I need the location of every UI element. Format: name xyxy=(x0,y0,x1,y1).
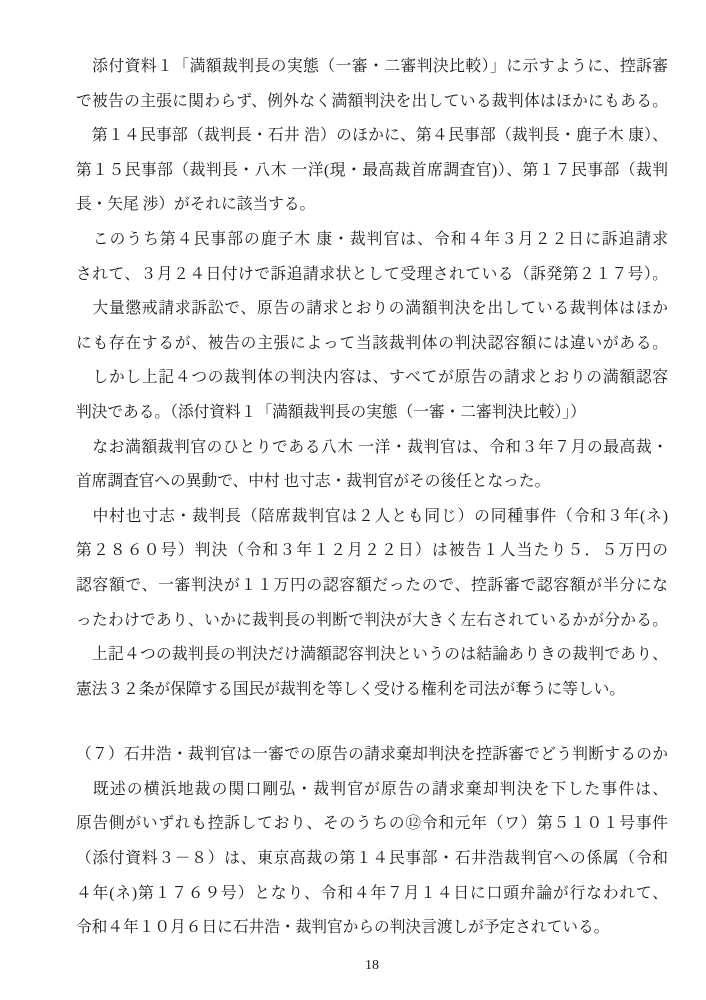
text-line: 第２８６０号）判決（令和３年１２月２２日）は被告１人当たり５．５万円の xyxy=(76,534,668,569)
text-line: 大量懲戒請求訴訟で、原告の請求とおりの満額判決を出している裁判体はほか xyxy=(76,292,668,327)
text-line: 憲法３２条が保障する国民が裁判を等しく受ける権利を司法が奪うに等しい。 xyxy=(76,673,668,708)
text-line: 首席調査官への異動で、中村 也寸志・裁判官がその後任となった。 xyxy=(76,465,668,500)
text-line: 添付資料１「満額裁判長の実態（一審・二審判決比較）」に示すように、控訴審 xyxy=(76,50,668,85)
page-number: 18 xyxy=(76,955,668,977)
text-line: なお満額裁判官のひとりである八木 一洋・裁判官は、令和３年７月の最高裁・ xyxy=(76,431,668,466)
document-page: 添付資料１「満額裁判長の実態（一審・二審判決比較）」に示すように、控訴審 で被告… xyxy=(0,0,706,1000)
text-line: 既述の横浜地裁の関口剛弘・裁判官が原告の請求棄却判決を下した事件は、 xyxy=(76,773,668,808)
text-line: 令和４年１０月６日に石井浩・裁判官からの判決言渡しが予定されている。 xyxy=(76,911,668,946)
text-line: 長・矢尾 渉）がそれに該当する。 xyxy=(76,188,668,223)
text-line: （添付資料３－８）は、東京高裁の第１４民事部・石井浩裁判官への係属（令和 xyxy=(76,842,668,877)
text-line: 第１５民事部（裁判長・八木 一洋(現・最高裁首席調査官)）、第１７民事部（裁判 xyxy=(76,154,668,189)
text-line: 上記４つの裁判長の判決だけ満額認容判決というのは結論ありきの裁判であり、 xyxy=(76,638,668,673)
text-line: されて、３月２４日付けで訴追請求状として受理されている（訴発第２１７号）。 xyxy=(76,258,668,293)
text-line: にも存在するが、被告の主張によって当該裁判体の判決認容額には違いがある。 xyxy=(76,327,668,362)
text-line: ったわけであり、いかに裁判長の判断で判決が大きく左右されているかが分かる。 xyxy=(76,604,668,639)
text-line: 認容額で、一審判決が１１万円の認容額だったので、控訴審で認容額が半分にな xyxy=(76,569,668,604)
text-line: 第１４民事部（裁判長・石井 浩）のほかに、第４民事部（裁判長・鹿子木 康）、 xyxy=(76,119,668,154)
text-line: 中村也寸志・裁判長（陪席裁判官は２人とも同じ）の同種事件（令和３年(ネ) xyxy=(76,500,668,535)
text-line: このうち第４民事部の鹿子木 康・裁判官は、令和４年３月２２日に訴追請求 xyxy=(76,223,668,258)
section-heading-line: （７）石井浩・裁判官は一審での原告の請求棄却判決を控訴審でどう判断するのか xyxy=(76,738,668,773)
text-line: で被告の主張に関わらず、例外なく満額判決を出している裁判体はほかにもある。 xyxy=(76,85,668,120)
document-body: 添付資料１「満額裁判長の実態（一審・二審判決比較）」に示すように、控訴審 で被告… xyxy=(76,50,668,946)
text-line: 原告側がいずれも控訴しており、そのうちの⑫令和元年（ワ）第５１０１号事件 xyxy=(76,807,668,842)
text-line: 判決である。（添付資料１「満額裁判長の実態（一審・二審判決比較）」） xyxy=(76,396,668,431)
text-line: しかし上記４つの裁判体の判決内容は、すべてが原告の請求とおりの満額認容 xyxy=(76,361,668,396)
text-line: ４年(ネ)第１７６９号）となり、令和４年７月１４日に口頭弁論が行なわれて、 xyxy=(76,877,668,912)
